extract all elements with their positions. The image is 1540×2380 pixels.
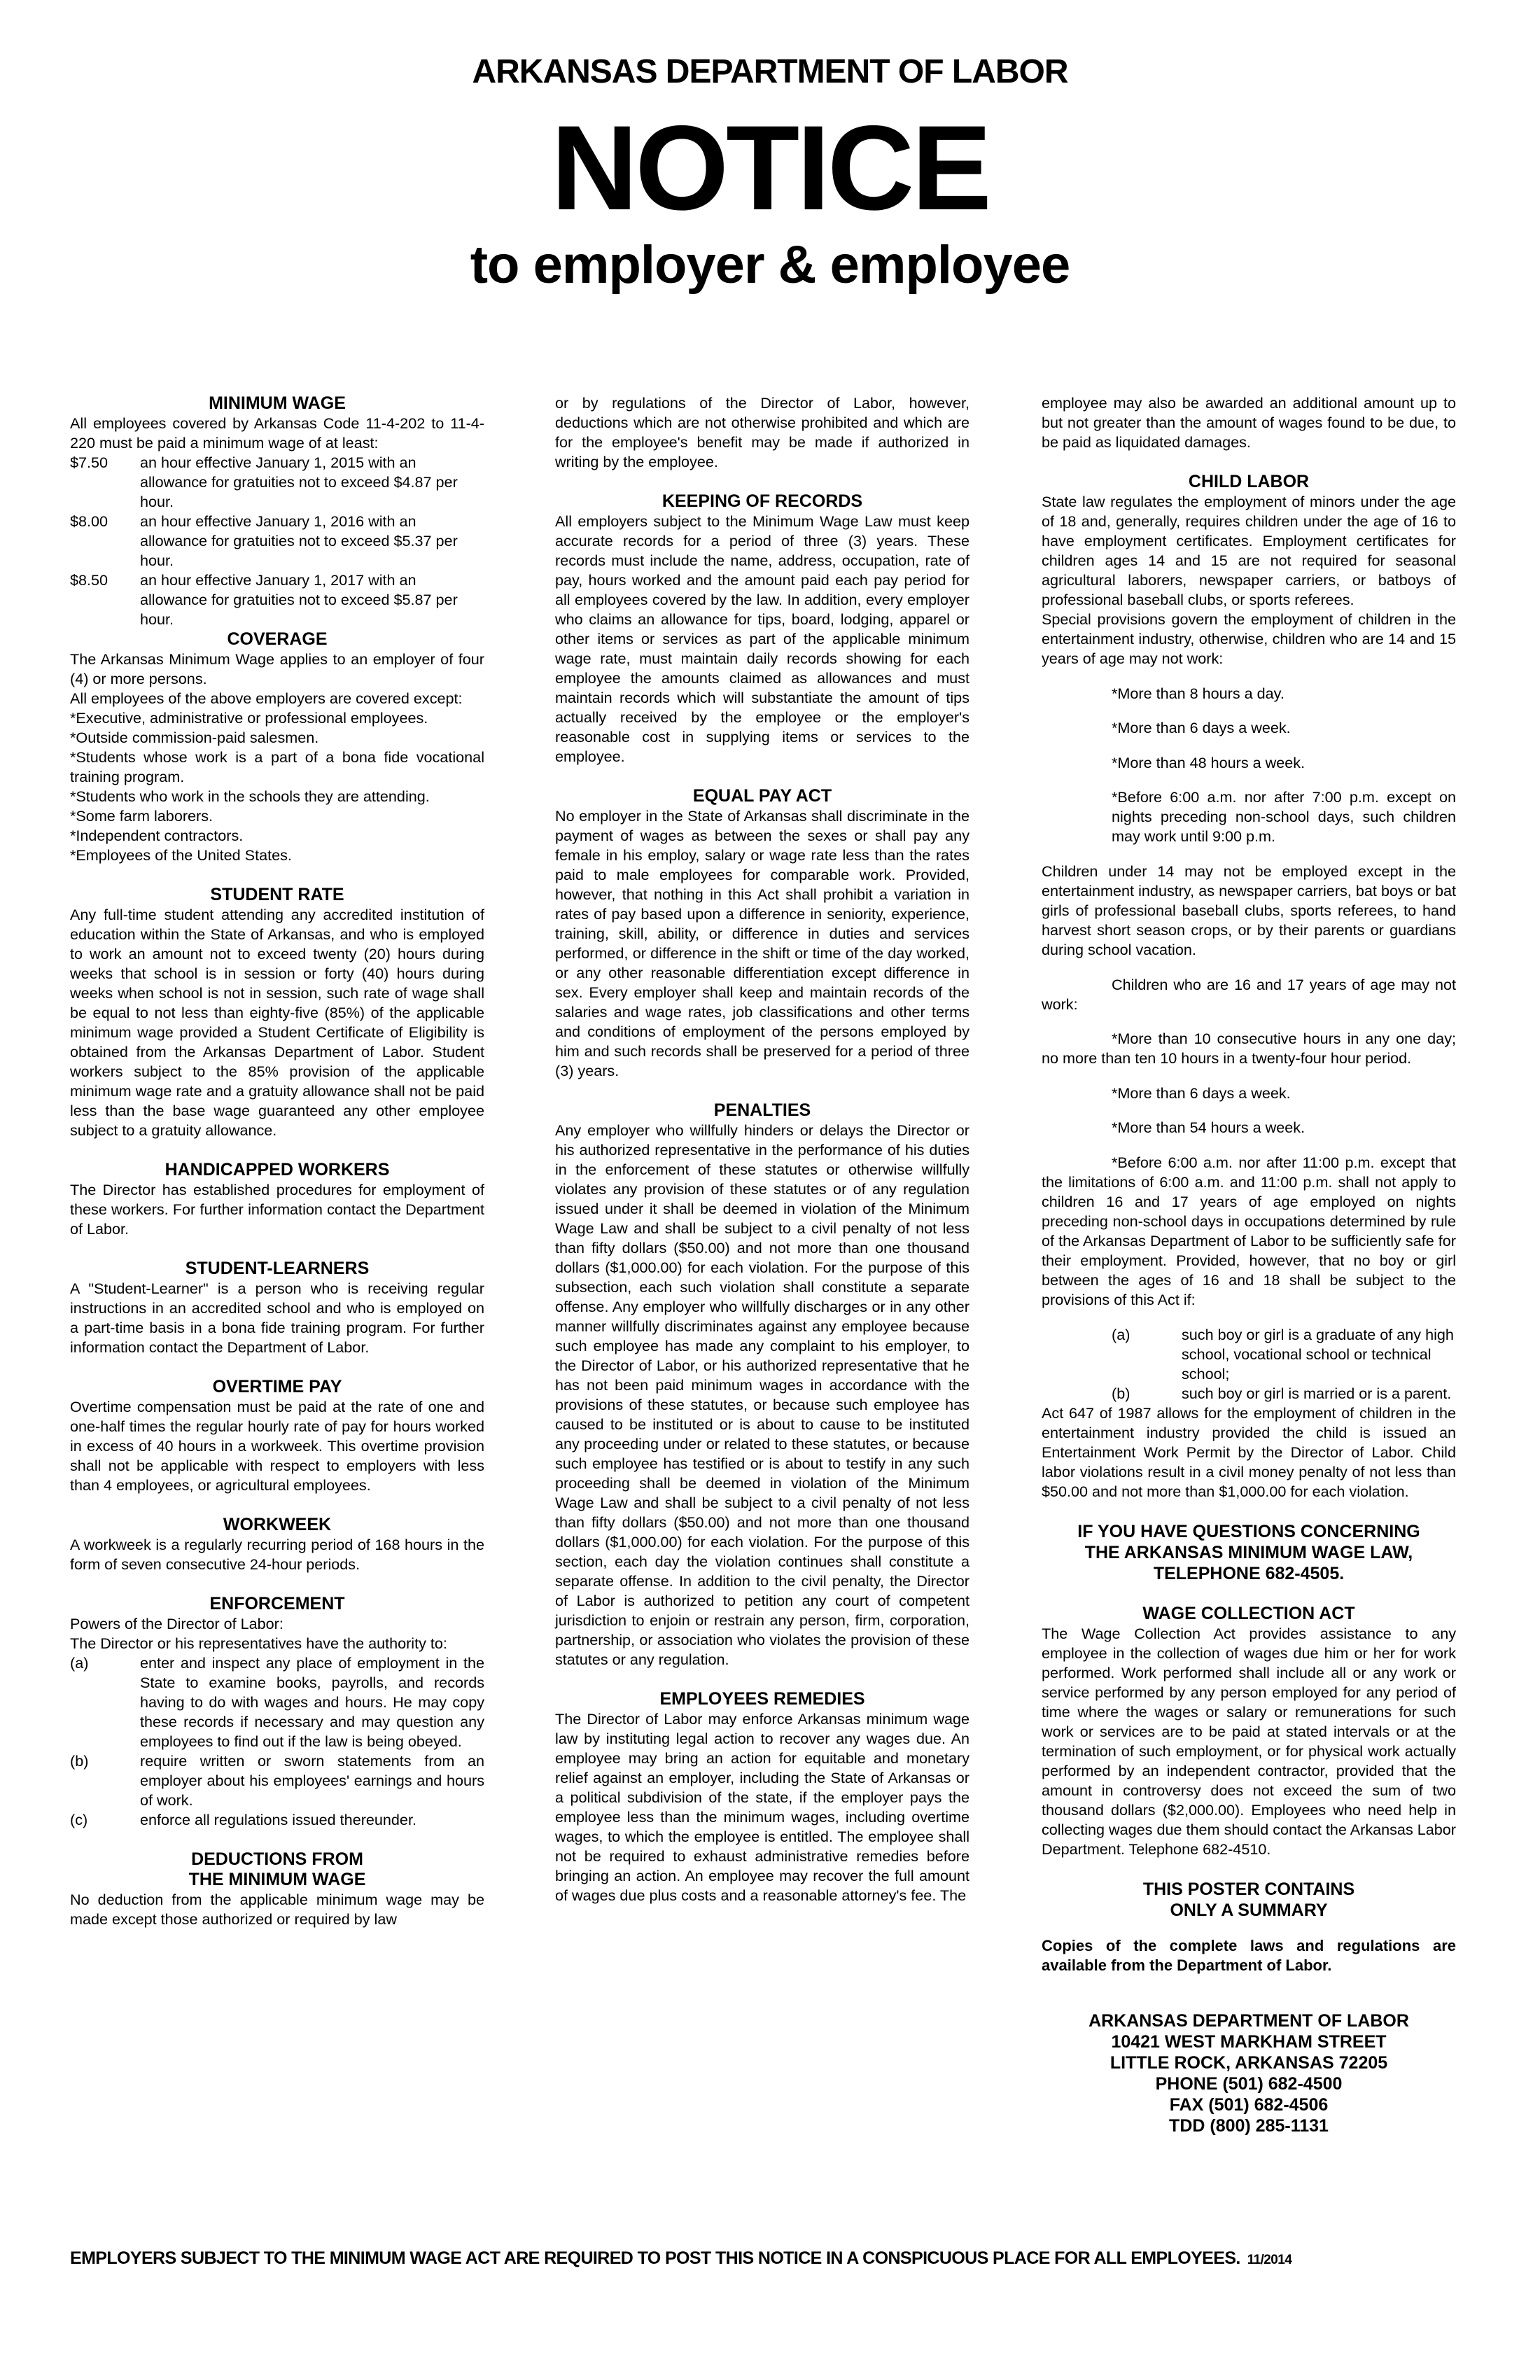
section-title: KEEPING OF RECORDS (555, 491, 969, 512)
item-label: (b) (1112, 1384, 1182, 1403)
section-workweek: WORKWEEK A workweek is a regularly recur… (70, 1515, 484, 1574)
section-coverage: COVERAGE The Arkansas Minimum Wage appli… (70, 629, 484, 865)
work-limit-item: *More than 10 consecutive hours in any o… (1042, 1029, 1456, 1068)
item-label: (b) (70, 1751, 140, 1810)
minimum-wage-intro: All employees covered by Arkansas Code 1… (70, 414, 484, 453)
rate-amount: $8.00 (70, 512, 140, 570)
section-title: EQUAL PAY ACT (555, 786, 969, 806)
child-labor-paragraph: State law regulates the employment of mi… (1042, 492, 1456, 610)
column-1: MINIMUM WAGE All employees covered by Ar… (70, 393, 484, 1929)
item-text: enter and inspect any place of employmen… (140, 1653, 484, 1751)
section-body: The Wage Collection Act provides assista… (1042, 1624, 1456, 1859)
spacer (70, 1574, 484, 1594)
section-student-rate: STUDENT RATE Any full-time student atten… (70, 885, 484, 1140)
notice-subtitle: to employer & employee (0, 234, 1540, 295)
rate-amount: $7.50 (70, 453, 140, 512)
spacer (70, 1239, 484, 1259)
rate-amount: $8.50 (70, 570, 140, 629)
section-body: The Director has established procedures … (70, 1180, 484, 1239)
spacer (70, 865, 484, 885)
item-text: require written or sworn statements from… (140, 1751, 484, 1810)
work-limit-item: *More than 6 days a week. (1042, 718, 1456, 738)
coverage-paragraph: All employees of the above employers are… (70, 689, 484, 708)
section-penalties: PENALTIES Any employer who willfully hin… (555, 1100, 969, 1669)
notice-title: NOTICE (0, 105, 1540, 231)
section-title: PENALTIES (555, 1100, 969, 1121)
spacer (555, 472, 969, 491)
coverage-exception: *Independent contractors. (70, 826, 484, 846)
section-equal-pay-act: EQUAL PAY ACT No employer in the State o… (555, 786, 969, 1081)
section-title: WAGE COLLECTION ACT (1042, 1604, 1456, 1624)
rate-text: an hour effective January 1, 2015 with a… (140, 453, 484, 512)
child-labor-paragraph: Special provisions govern the employment… (1042, 610, 1456, 668)
spacer (555, 766, 969, 786)
section-title: EMPLOYEES REMEDIES (555, 1689, 969, 1709)
section-wage-collection-act: WAGE COLLECTION ACT The Wage Collection … (1042, 1604, 1456, 1859)
remedies-body-continued: employee may also be awarded an addition… (1042, 393, 1456, 452)
work-limit-item: *More than 48 hours a week. (1042, 753, 1456, 773)
contact-street: 10421 WEST MARKHAM STREET (1042, 2031, 1456, 2052)
section-body: The Director of Labor may enforce Arkans… (555, 1709, 969, 1905)
section-title-line: THE MINIMUM WAGE (70, 1870, 484, 1890)
exemption-item: (b) such boy or girl is married or is a … (1042, 1384, 1456, 1403)
contact-city: LITTLE ROCK, ARKANSAS 72205 (1042, 2052, 1456, 2073)
contact-block: ARKANSAS DEPARTMENT OF LABOR 10421 WEST … (1042, 2010, 1456, 2136)
child-labor-paragraph: Children who are 16 and 17 years of age … (1042, 975, 1456, 1014)
item-text: such boy or girl is married or is a pare… (1182, 1384, 1456, 1403)
spacer (1042, 1991, 1456, 2010)
section-handicapped-workers: HANDICAPPED WORKERS The Director has est… (70, 1160, 484, 1239)
work-limit-item: *Before 6:00 a.m. nor after 7:00 p.m. ex… (1042, 787, 1456, 846)
enforcement-item: (b) require written or sworn statements … (70, 1751, 484, 1810)
section-title: MINIMUM WAGE (70, 393, 484, 414)
child-labor-paragraph: Act 647 of 1987 allows for the employmen… (1042, 1403, 1456, 1501)
section-body: A "Student-Learner" is a person who is r… (70, 1279, 484, 1357)
coverage-exception: *Some farm laborers. (70, 806, 484, 826)
footer-text: EMPLOYERS SUBJECT TO THE MINIMUM WAGE AC… (70, 2248, 1240, 2268)
spacer (1042, 1584, 1456, 1604)
section-title: STUDENT RATE (70, 885, 484, 905)
section-body: No employer in the State of Arkansas sha… (555, 806, 969, 1081)
spacer (70, 1830, 484, 1849)
spacer (555, 1081, 969, 1100)
section-body: All employers subject to the Minimum Wag… (555, 512, 969, 766)
child-labor-paragraph: Children under 14 may not be employed ex… (1042, 862, 1456, 960)
rate-text: an hour effective January 1, 2016 with a… (140, 512, 484, 570)
section-keeping-records: KEEPING OF RECORDS All employers subject… (555, 491, 969, 766)
spacer (1042, 1859, 1456, 1879)
revision-date: 11/2014 (1247, 2253, 1291, 2267)
agency-heading: ARKANSAS DEPARTMENT OF LABOR (0, 52, 1540, 91)
contact-tdd: TDD (800) 285-1131 (1042, 2115, 1456, 2136)
work-limit-item: *Before 6:00 a.m. nor after 11:00 p.m. e… (1042, 1153, 1456, 1310)
rate-row: $7.50 an hour effective January 1, 2015 … (70, 453, 484, 512)
column-2: or by regulations of the Director of Lab… (555, 393, 969, 1905)
deductions-body-continued: or by regulations of the Director of Lab… (555, 393, 969, 472)
coverage-exception: *Employees of the United States. (70, 846, 484, 865)
enforcement-paragraph: The Director or his representatives have… (70, 1634, 484, 1653)
section-enforcement: ENFORCEMENT Powers of the Director of La… (70, 1594, 484, 1830)
coverage-exception: *Executive, administrative or profession… (70, 708, 484, 728)
item-label: (a) (70, 1653, 140, 1751)
contact-phone: PHONE (501) 682-4500 (1042, 2073, 1456, 2094)
rate-text: an hour effective January 1, 2017 with a… (140, 570, 484, 629)
item-label: (a) (1112, 1325, 1182, 1384)
section-title: STUDENT-LEARNERS (70, 1259, 484, 1279)
work-limit-item: *More than 54 hours a week. (1042, 1118, 1456, 1137)
posting-requirement-footer: EMPLOYERS SUBJECT TO THE MINIMUM WAGE AC… (70, 2248, 1484, 2269)
spacer (70, 1495, 484, 1515)
item-text: such boy or girl is a graduate of any hi… (1182, 1325, 1456, 1384)
section-title: WORKWEEK (70, 1515, 484, 1535)
section-title: OVERTIME PAY (70, 1377, 484, 1397)
spacer (70, 1357, 484, 1377)
coverage-exception: *Outside commission-paid salesmen. (70, 728, 484, 748)
spacer (70, 1140, 484, 1160)
rate-row: $8.00 an hour effective January 1, 2016 … (70, 512, 484, 570)
contact-agency: ARKANSAS DEPARTMENT OF LABOR (1042, 2010, 1456, 2031)
section-body: Any full-time student attending any accr… (70, 905, 484, 1140)
section-title: COVERAGE (70, 629, 484, 650)
questions-notice: IF YOU HAVE QUESTIONS CONCERNING THE ARK… (1042, 1521, 1456, 1584)
section-child-labor: CHILD LABOR State law regulates the empl… (1042, 472, 1456, 1501)
spacer (1042, 1501, 1456, 1521)
section-body: No deduction from the applicable minimum… (70, 1890, 484, 1929)
section-body: Any employer who willfully hinders or de… (555, 1121, 969, 1669)
work-limit-item: *More than 6 days a week. (1042, 1084, 1456, 1103)
exemption-item: (a) such boy or girl is a graduate of an… (1042, 1325, 1456, 1384)
summary-notice: THIS POSTER CONTAINS ONLY A SUMMARY Copi… (1042, 1879, 1456, 1975)
section-deductions: DEDUCTIONS FROM THE MINIMUM WAGE No dedu… (70, 1849, 484, 1929)
section-employees-remedies: EMPLOYEES REMEDIES The Director of Labor… (555, 1689, 969, 1905)
section-title: CHILD LABOR (1042, 472, 1456, 492)
section-title: HANDICAPPED WORKERS (70, 1160, 484, 1180)
rate-row: $8.50 an hour effective January 1, 2017 … (70, 570, 484, 629)
section-overtime-pay: OVERTIME PAY Overtime compensation must … (70, 1377, 484, 1495)
enforcement-paragraph: Powers of the Director of Labor: (70, 1614, 484, 1634)
section-body: A workweek is a regularly recurring peri… (70, 1535, 484, 1574)
contact-fax: FAX (501) 682-4506 (1042, 2094, 1456, 2115)
section-title: ENFORCEMENT (70, 1594, 484, 1614)
section-body: Overtime compensation must be paid at th… (70, 1397, 484, 1495)
enforcement-item: (c) enforce all regulations issued there… (70, 1810, 484, 1830)
section-minimum-wage: MINIMUM WAGE All employees covered by Ar… (70, 393, 484, 629)
spacer (555, 1669, 969, 1689)
coverage-paragraph: The Arkansas Minimum Wage applies to an … (70, 650, 484, 689)
section-student-learners: STUDENT-LEARNERS A "Student-Learner" is … (70, 1259, 484, 1357)
enforcement-item: (a) enter and inspect any place of emplo… (70, 1653, 484, 1751)
spacer (1042, 452, 1456, 472)
section-title-line: DEDUCTIONS FROM (70, 1849, 484, 1870)
coverage-exception: *Students whose work is a part of a bona… (70, 748, 484, 787)
column-3: employee may also be awarded an addition… (1042, 393, 1456, 2136)
coverage-exception: *Students who work in the schools they a… (70, 787, 484, 806)
item-text: enforce all regulations issued thereunde… (140, 1810, 484, 1830)
questions-line: IF YOU HAVE QUESTIONS CONCERNING (1042, 1521, 1456, 1542)
work-limit-item: *More than 8 hours a day. (1042, 684, 1456, 703)
summary-title-line: THIS POSTER CONTAINS (1042, 1879, 1456, 1900)
summary-title-line: ONLY A SUMMARY (1042, 1900, 1456, 1921)
questions-line: THE ARKANSAS MINIMUM WAGE LAW, (1042, 1542, 1456, 1563)
item-label: (c) (70, 1810, 140, 1830)
questions-phone: TELEPHONE 682-4505. (1042, 1563, 1456, 1584)
summary-body: Copies of the complete laws and regulati… (1042, 1936, 1456, 1975)
